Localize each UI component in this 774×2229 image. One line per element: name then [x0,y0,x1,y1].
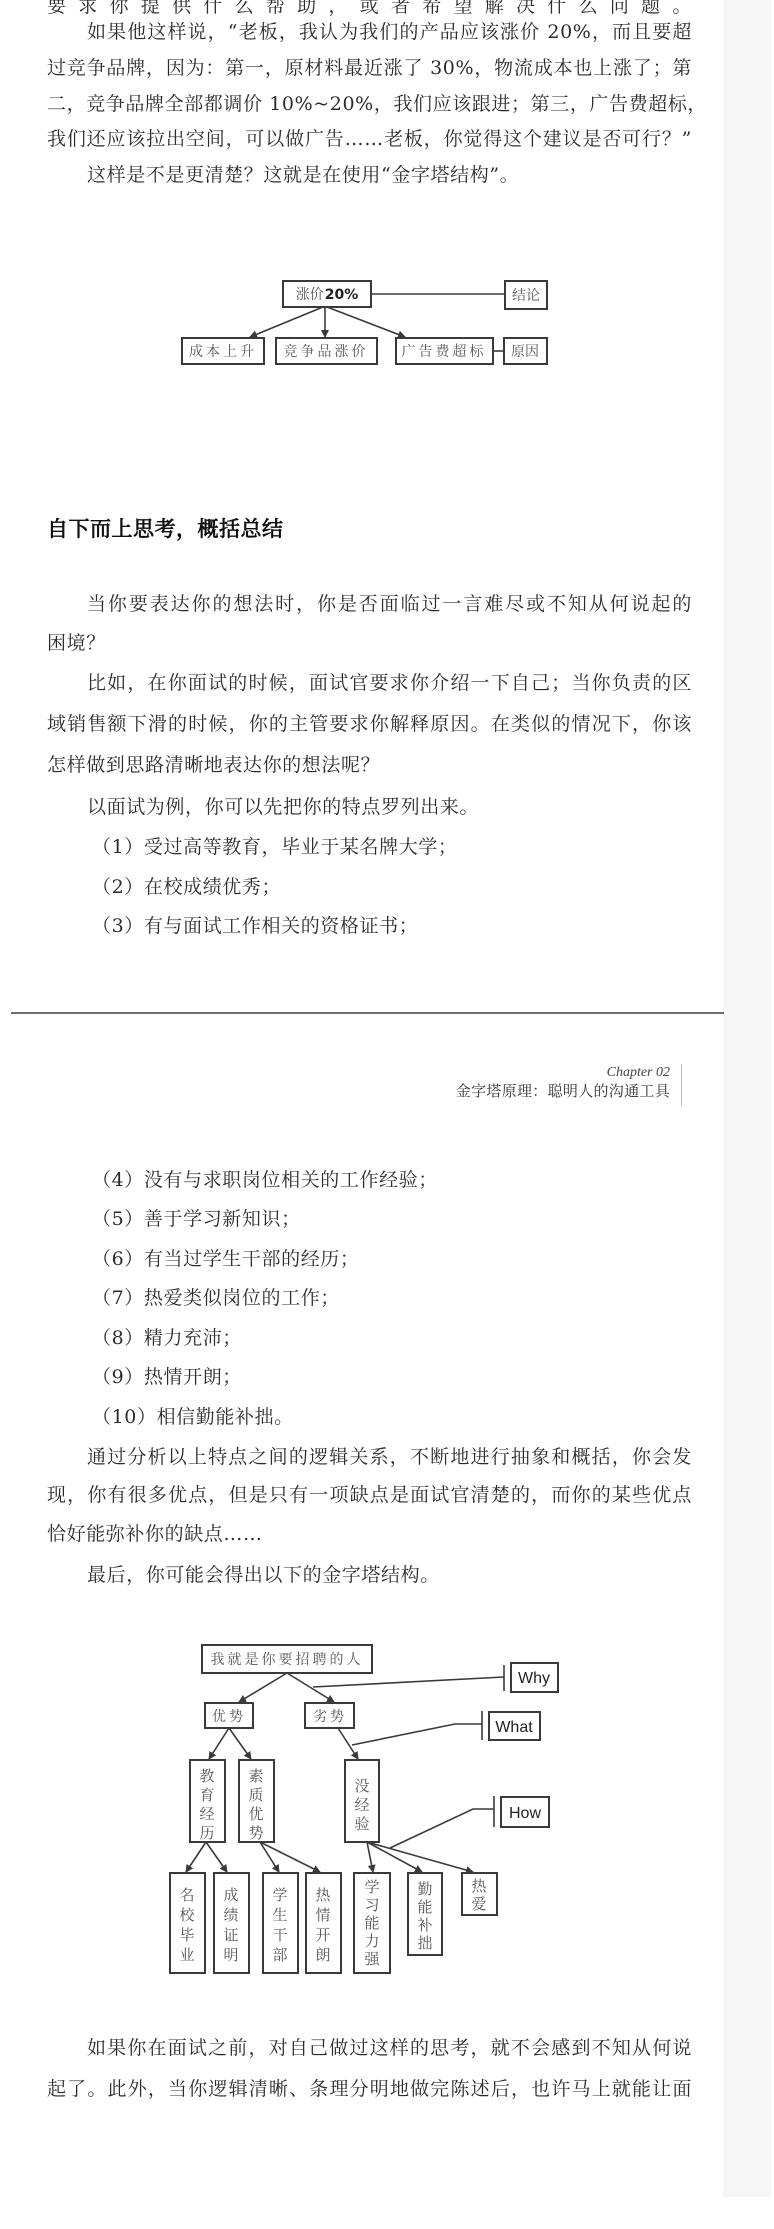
svg-text:素质优势: 素质优势 [248,1767,263,1842]
svg-text:结论: 结论 [512,287,540,304]
chapter-header-rule [681,1064,682,1106]
label-why: Why [511,1663,558,1692]
svg-text:教育经历: 教育经历 [199,1767,214,1842]
svg-text:广告费超标: 广告费超标 [402,343,487,360]
svg-text:How: How [509,1805,541,1822]
node-outgoing: 热情开朗 [306,1873,341,1973]
node-ad-overbudget: 广告费超标 [396,338,493,364]
node-weaknesses: 劣势 [305,1703,354,1728]
paragraph-line: 我们还应该拉出空间，可以做广告……老板，你觉得这个建议是否可行？” [47,127,692,151]
node-student-leader: 学生干部 [263,1873,298,1973]
list-item: （7）热爱类似岗位的工作； [92,1286,737,1310]
pyramid-diagram-interview: 我就是你要招聘的人 优势 劣势 Why What How 教育经历 素质优势 没… [0,1640,774,1985]
section-heading: 自下而上思考，概括总结 [47,513,284,543]
list-item: （5）善于学习新知识； [92,1207,737,1231]
paragraph-line: 怎样做到思路清晰地表达你的想法呢？ [47,753,692,777]
paragraph-line: 过竞争品牌，因为：第一，原材料最近涨了 30%，物流成本也上涨了；第 [47,56,692,80]
svg-text:勤能补拙: 勤能补拙 [417,1880,432,1952]
paragraph-line: 最后，你可能会得出以下的金字塔结构。 [87,1563,692,1587]
svg-text:没经验: 没经验 [354,1777,369,1833]
label-conclusion: 结论 [505,281,547,309]
paragraph-line: 通过分析以上特点之间的逻辑关系，不断地进行抽象和概括，你会发 [87,1445,692,1469]
svg-text:What: What [495,1719,533,1736]
node-quality: 素质优势 [239,1760,274,1842]
paragraph-line: 这样是不是更清楚？这就是在使用“金字塔结构”。 [87,163,692,187]
svg-text:竞争品涨价: 竞争品涨价 [284,344,369,360]
node-root: 我就是你要招聘的人 [202,1645,372,1673]
list-item: （3）有与面试工作相关的资格证书； [92,914,737,938]
paragraph-line: 二，竞争品牌全部都调价 10%~20%，我们应该跟进；第三，广告费超标， [47,92,692,116]
paragraph-line: 要求你提供什么帮助，或者希望解决什么问题。 [47,0,692,18]
node-price-increase: 涨价20% [283,281,371,307]
chapter-number: Chapter 02 [456,1064,670,1081]
svg-text:优势: 优势 [212,1708,246,1725]
label-how: How [501,1797,549,1827]
list-item: （1）受过高等教育，毕业于某名牌大学； [92,835,737,859]
label-what: What [489,1712,540,1740]
node-fast-learner: 学习能力强 [354,1873,390,1973]
paragraph-line: 当你要表达你的想法时，你是否面临过一言难尽或不知从何说起的 [87,592,692,616]
svg-text:劣势: 劣势 [313,1708,347,1725]
list-item: （10）相信勤能补拙。 [92,1405,737,1429]
node-cost-rise: 成本上升 [182,338,264,364]
page-divider [11,1012,724,1014]
node-no-experience: 没经验 [345,1760,379,1842]
svg-text:Why: Why [518,1670,550,1687]
list-item: （6）有当过学生干部的经历； [92,1247,737,1271]
list-item: （4）没有与求职岗位相关的工作经验； [92,1168,737,1192]
leader-how [390,1796,494,1848]
svg-text:涨价20%: 涨价20% [296,287,359,303]
list-item: （9）热情开朗； [92,1365,737,1389]
node-competitor-price: 竞争品涨价 [276,338,377,364]
node-top-university: 名校毕业 [170,1873,205,1973]
list-item: （2）在校成绩优秀； [92,875,737,899]
node-education: 教育经历 [190,1760,225,1842]
paragraph-line: 域销售额下滑的时候，你的主管要求你解释原因。在类似的情况下，你该 [47,712,692,736]
svg-text:成本上升: 成本上升 [189,343,257,360]
paragraph-line: 如果他这样说，“老板，我认为我们的产品应该涨价 20%，而且要超 [87,20,692,44]
node-grade-proof: 成绩证明 [214,1873,249,1973]
paragraph-line: 恰好能弥补你的缺点…… [47,1522,692,1546]
paragraph-line: 现，你有很多优点，但是只有一项缺点是面试官清楚的，而你的某些优点 [47,1483,692,1507]
svg-text:原因: 原因 [511,344,539,360]
node-passion: 热爱 [462,1873,497,1915]
node-diligence: 勤能补拙 [408,1873,442,1955]
paragraph-line: 如果你在面试之前，对自己做过这样的思考，就不会感到不知从何说 [87,2036,692,2060]
list-item: （8）精力充沛； [92,1326,737,1350]
label-reason: 原因 [504,338,547,364]
leader-what [352,1711,482,1745]
svg-text:我就是你要招聘的人: 我就是你要招聘的人 [211,1651,364,1668]
chapter-title: 金字塔原理：聪明人的沟通工具 [456,1081,670,1101]
paragraph-line: 以面试为例，你可以先把你的特点罗列出来。 [87,795,692,819]
pyramid-diagram-price: 涨价20% 结论 成本上升 竞争品涨价 广告费超标 原因 [0,270,774,380]
chapter-header: Chapter 02 金字塔原理：聪明人的沟通工具 [456,1064,670,1101]
svg-text:学习能力强: 学习能力强 [364,1878,380,1968]
paragraph-line: 比如，在你面试的时候，面试官要求你介绍一下自己；当你负责的区 [87,671,692,695]
node-strengths: 优势 [205,1703,253,1728]
svg-text:热爱: 热爱 [471,1877,487,1913]
paragraph-line: 起了。此外，当你逻辑清晰、条理分明地做完陈述后，也许马上就能让面 [47,2077,692,2101]
paragraph-line: 困境？ [47,631,692,655]
